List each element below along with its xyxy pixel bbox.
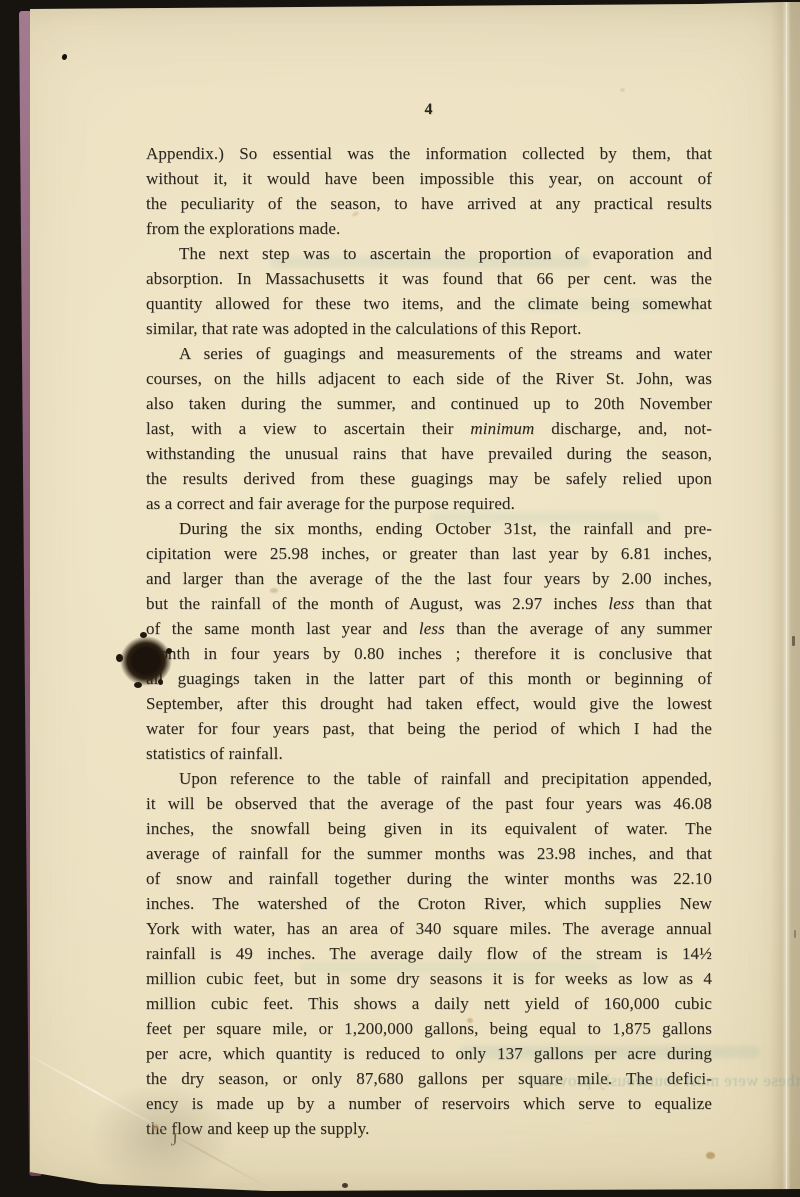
page-curl-shadow xyxy=(770,0,800,1197)
text-line: The next step was to ascertain the propo… xyxy=(146,241,712,266)
ink-speck xyxy=(61,53,68,60)
ink-blot-satellite xyxy=(158,679,163,685)
edge-mark xyxy=(792,636,795,646)
text-line: statistics of rainfall. xyxy=(146,741,712,766)
text-line: inches, the snowfall being given in its … xyxy=(146,816,712,841)
text-line: withstanding the unusual rains that have… xyxy=(146,441,712,466)
text-line: average of rainfall for the summer month… xyxy=(146,841,712,866)
text-line: month in four years by 0.80 inches ; the… xyxy=(146,641,712,666)
foxing-spot xyxy=(270,588,278,593)
text-line: Upon reference to the table of rainfall … xyxy=(146,766,712,791)
text-line: of the same month last year and less tha… xyxy=(146,616,712,641)
text-line: rainfall is 49 inches. The average daily… xyxy=(146,941,712,966)
text-line: as a correct and fair average for the pu… xyxy=(146,491,712,516)
book-page: 4 Appendix.) So essential was the inform… xyxy=(0,0,800,1197)
foxing-spot xyxy=(620,88,625,92)
photo-backdrop: 4 Appendix.) So essential was the inform… xyxy=(0,0,800,1197)
text-line: During the six months, ending October 31… xyxy=(146,516,712,541)
text-line: without it, it would have been impossibl… xyxy=(146,166,712,191)
text-line: of snow and rainfall together during the… xyxy=(146,866,712,891)
text-line: Appendix.) So essential was the informat… xyxy=(146,141,712,166)
text-line: courses, on the hills adjacent to each s… xyxy=(146,366,712,391)
foxing-spot xyxy=(152,1124,159,1130)
ink-blot-satellite xyxy=(116,654,123,662)
text-line: feet per square mile, or 1,200,000 gallo… xyxy=(146,1016,712,1041)
text-line: but the rainfall of the month of August,… xyxy=(146,591,712,616)
foxing-spot xyxy=(467,1018,473,1023)
text-line: water for four years past, that being th… xyxy=(146,716,712,741)
ink-blot-satellite xyxy=(134,682,142,688)
text-line: the results derived from these guagings … xyxy=(146,466,712,491)
text-line: million cubic feet. This shows a daily n… xyxy=(146,991,712,1016)
foxing-spot xyxy=(342,1183,348,1188)
text-line: per acre, which quantity is reduced to o… xyxy=(146,1041,712,1066)
page-crease-line xyxy=(786,3,787,1189)
ink-blot-satellite xyxy=(166,648,172,654)
text-line: similar, that rate was adopted in the ca… xyxy=(146,316,712,341)
text-line: cipitation were 25.98 inches, or greater… xyxy=(146,541,712,566)
foxing-spot xyxy=(706,1152,715,1159)
text-line: York with water, has an area of 340 squa… xyxy=(146,916,712,941)
bleedthrough-text: these were most courteously provided xyxy=(428,1071,800,1091)
text-line: all guagings taken in the latter part of… xyxy=(146,666,712,691)
text-line: September, after this drought had taken … xyxy=(146,691,712,716)
text-line: million cubic feet, but in some dry seas… xyxy=(146,966,712,991)
text-line: A series of guagings and measurements of… xyxy=(146,341,712,366)
text-line: also taken during the summer, and contin… xyxy=(146,391,712,416)
text-line: absorption. In Massachusetts it was foun… xyxy=(146,266,712,291)
text-line: it will be observed that the average of … xyxy=(146,791,712,816)
text-line: from the explorations made. xyxy=(146,216,712,241)
text-line: and larger than the average of the the l… xyxy=(146,566,712,591)
text-line: quantity allowed for these two items, an… xyxy=(146,291,712,316)
text-line: inches. The watershed of the Croton Rive… xyxy=(146,891,712,916)
ink-blot-satellite xyxy=(140,632,147,638)
page-number: 4 xyxy=(146,101,712,119)
text-line: the peculiarity of the season, to have a… xyxy=(146,191,712,216)
text-line: last, with a view to ascertain their min… xyxy=(146,416,712,441)
text-block: Appendix.) So essential was the informat… xyxy=(146,141,712,1141)
edge-mark xyxy=(794,930,796,938)
corner-fold-smudge xyxy=(92,1082,232,1190)
